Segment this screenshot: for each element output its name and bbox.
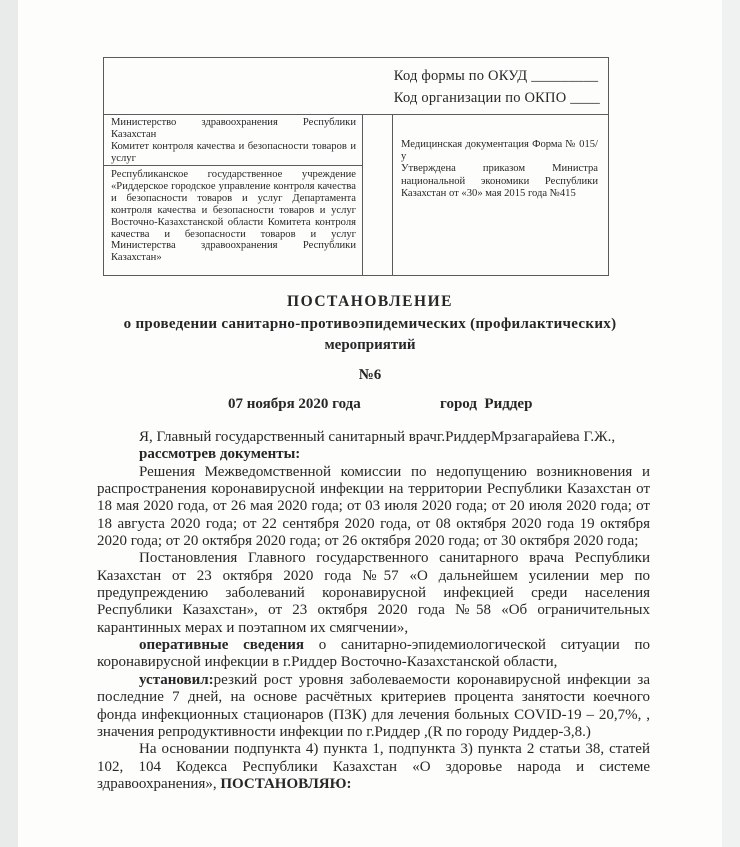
doc-subtitle-line2: мероприятий <box>18 337 722 354</box>
scanned-document-page: Код формы по ОКУД _________ Код организа… <box>0 0 740 847</box>
header-form-table: Код формы по ОКУД _________ Код организа… <box>103 57 609 276</box>
paragraph-resolutions: Постановления Главного государственного … <box>97 550 650 637</box>
document-body: Я, Главный государственный санитарный вр… <box>97 429 650 793</box>
paragraph-intro: Я, Главный государственный санитарный вр… <box>97 429 650 446</box>
resolutions-text: Постановления Главного государственного … <box>97 550 650 635</box>
title-block: ПОСТАНОВЛЕНИЕ о проведении санитарно-про… <box>18 293 722 384</box>
resolve-label: ПОСТАНОВЛЯЮ: <box>220 776 351 792</box>
intro-text: Я, Главный государственный санитарный вр… <box>139 429 615 445</box>
operative-label: оперативные сведения <box>139 637 304 653</box>
ministry-cell: Министерство здравоохранения Республики … <box>104 115 362 166</box>
basis-text: На основании подпункта 4) пункта 1, подп… <box>97 741 650 792</box>
doc-number: №6 <box>18 367 722 384</box>
paragraph-operative: оперативные сведения о санитарно-эпидеми… <box>97 637 650 672</box>
empty-spacer-cell <box>363 115 393 275</box>
committee-text: Комитет контроля качества и безопасности… <box>111 141 356 165</box>
institution-cell: Республиканское государственное учрежден… <box>104 166 362 275</box>
established-label: установил: <box>139 672 214 688</box>
page-edge-right <box>722 0 740 847</box>
paragraph-established: установил:резкий рост уровня заболеваемо… <box>97 672 650 741</box>
paragraph-reviewed: рассмотрев документы: <box>97 446 650 463</box>
reviewed-label: рассмотрев документы: <box>139 446 300 462</box>
header-org-row: Министерство здравоохранения Республики … <box>104 115 608 275</box>
form-doc-line: Медицинская документация Форма № 015/у <box>401 139 598 163</box>
form-codes-row: Код формы по ОКУД _________ Код организа… <box>104 58 608 115</box>
form-codes: Код формы по ОКУД _________ Код организа… <box>394 65 600 109</box>
okud-code-line: Код формы по ОКУД _________ <box>394 65 600 87</box>
page-edge-left <box>0 0 18 847</box>
doc-date: 07 ноября 2020 года <box>228 396 361 413</box>
decisions-text: Решения Межведомственной комиссии по нед… <box>97 464 650 549</box>
paragraph-decisions: Решения Межведомственной комиссии по нед… <box>97 464 650 551</box>
paragraph-basis: На основании подпункта 4) пункта 1, подп… <box>97 741 650 793</box>
institution-text: Республиканское государственное учрежден… <box>111 169 356 263</box>
form-info-cell: Медицинская документация Форма № 015/у У… <box>393 115 608 275</box>
date-place-row: 07 ноября 2020 года город Риддер <box>0 396 740 416</box>
doc-place: город Риддер <box>440 396 532 413</box>
doc-title: ПОСТАНОВЛЕНИЕ <box>18 293 722 310</box>
form-approval-line: Утверждена приказом Министра национально… <box>401 163 598 200</box>
doc-subtitle-line1: о проведении санитарно-противоэпидемичес… <box>18 316 722 333</box>
okpo-code-line: Код организации по ОКПО ____ <box>394 87 600 109</box>
ministry-text: Министерство здравоохранения Республики … <box>111 117 356 141</box>
org-column: Министерство здравоохранения Республики … <box>104 115 363 275</box>
